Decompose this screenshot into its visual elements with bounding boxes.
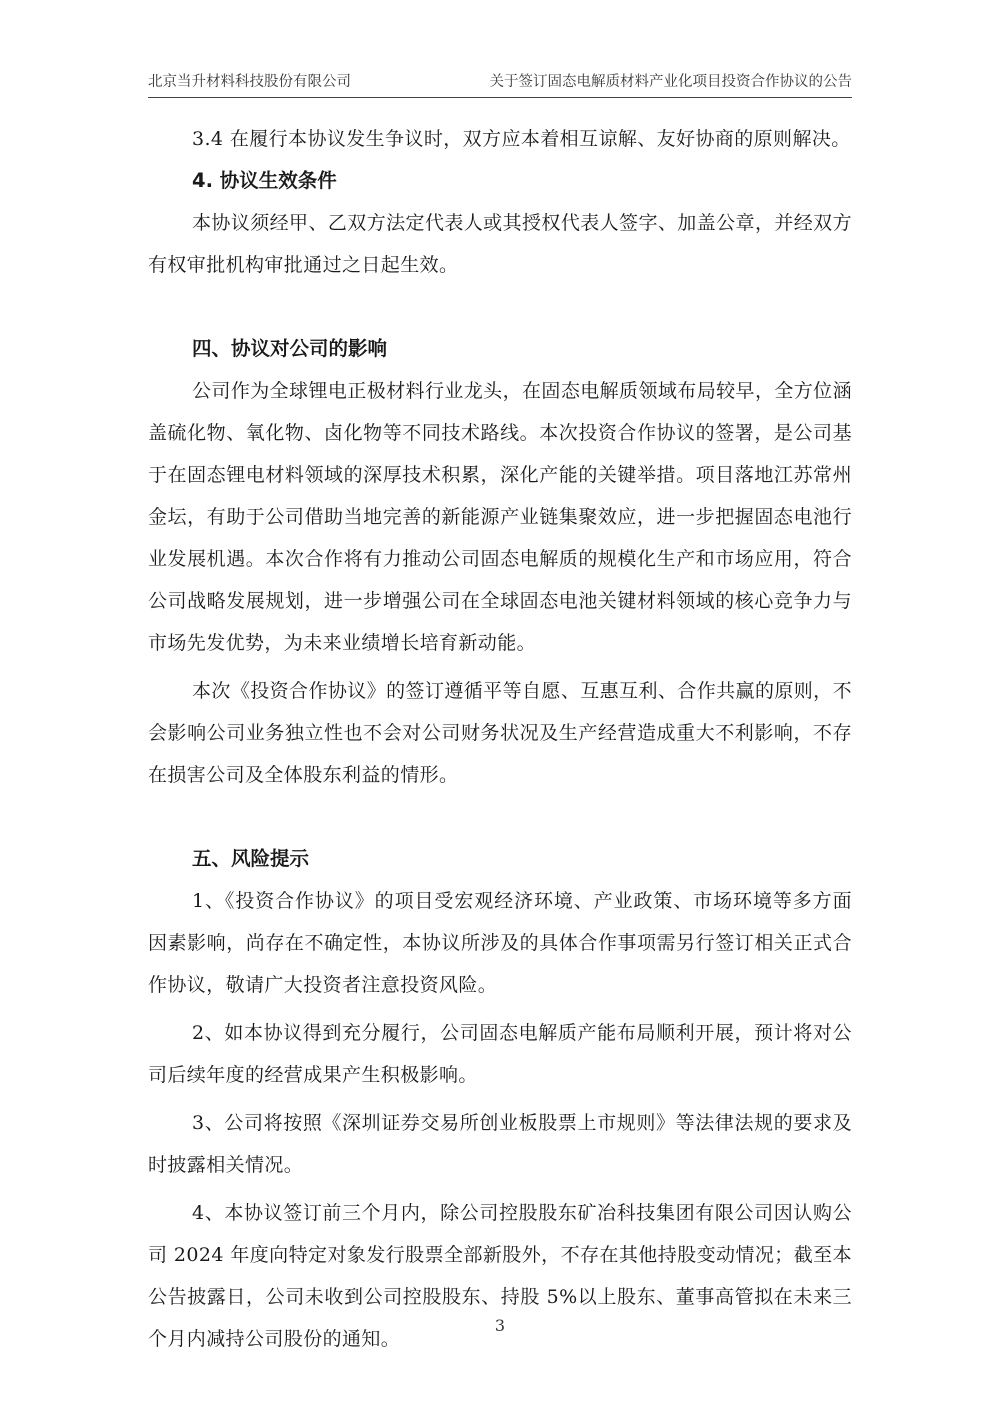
impact-paragraph-1: 公司作为全球锂电正极材料行业龙头，在固态电解质领域布局较早，全方位涵盖硫化物、氧… — [148, 370, 852, 664]
document-body: 3.4 在履行本协议发生争议时，双方应本着相互谅解、友好协商的原则解决。 4. … — [148, 118, 852, 1360]
section-4-heading: 4. 协议生效条件 — [148, 160, 852, 202]
clause-3-4: 3.4 在履行本协议发生争议时，双方应本着相互谅解、友好协商的原则解决。 — [148, 118, 852, 160]
impact-paragraph-2: 本次《投资合作协议》的签订遵循平等自愿、互惠互利、合作共赢的原则，不会影响公司业… — [148, 670, 852, 796]
page-header: 北京当升材料科技股份有限公司 关于签订固态电解质材料产业化项目投资合作协议的公告 — [148, 70, 852, 98]
section-4-body: 本协议须经甲、乙双方法定代表人或其授权代表人签字、加盖公章，并经双方有权审批机构… — [148, 202, 852, 286]
header-title: 关于签订固态电解质材料产业化项目投资合作协议的公告 — [490, 70, 853, 91]
page-number: 3 — [0, 1316, 1000, 1335]
risk-item-3: 3、公司将按照《深圳证券交易所创业板股票上市规则》等法律法规的要求及时披露相关情… — [148, 1102, 852, 1186]
impact-heading: 四、协议对公司的影响 — [148, 328, 852, 370]
risk-item-1: 1、《投资合作协议》的项目受宏观经济环境、产业政策、市场环境等多方面因素影响，尚… — [148, 880, 852, 1006]
risk-heading: 五、风险提示 — [148, 838, 852, 880]
risk-item-2: 2、如本协议得到充分履行，公司固态电解质产能布局顺利开展，预计将对公司后续年度的… — [148, 1012, 852, 1096]
header-company: 北京当升材料科技股份有限公司 — [148, 70, 351, 91]
